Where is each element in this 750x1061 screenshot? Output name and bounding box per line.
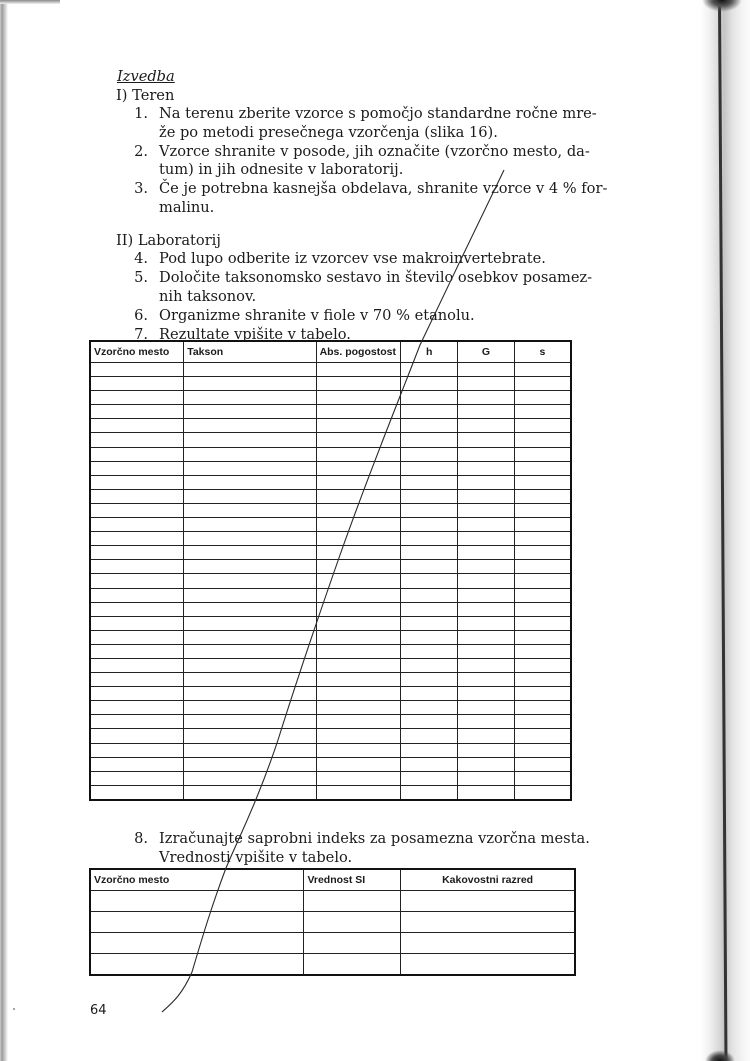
empty-cell[interactable] xyxy=(90,771,184,785)
table-row xyxy=(90,602,571,616)
empty-cell[interactable] xyxy=(90,644,184,658)
empty-cell[interactable] xyxy=(401,377,458,391)
scan-left-edge xyxy=(0,0,8,1061)
empty-cell[interactable] xyxy=(514,602,571,616)
table-row xyxy=(90,673,571,687)
table-header-row: Vzorčno mestoVrednost SIKakovostni razre… xyxy=(90,869,575,891)
empty-cell[interactable] xyxy=(458,715,515,729)
scan-top-edge xyxy=(0,0,60,4)
empty-cell[interactable] xyxy=(316,419,401,433)
empty-cell[interactable] xyxy=(316,447,401,461)
empty-cell[interactable] xyxy=(458,673,515,687)
binding-top-shadow xyxy=(702,0,742,12)
empty-cell[interactable] xyxy=(316,616,401,630)
table-row xyxy=(90,419,571,433)
empty-cell[interactable] xyxy=(184,644,316,658)
table-row xyxy=(90,518,571,532)
empty-cell[interactable] xyxy=(90,912,304,933)
column-header: Vzorčno mesto xyxy=(90,869,304,891)
column-header: Vzorčno mesto xyxy=(90,341,184,363)
empty-cell[interactable] xyxy=(90,363,184,377)
empty-cell[interactable] xyxy=(316,729,401,743)
empty-cell[interactable] xyxy=(90,518,184,532)
table-row xyxy=(90,588,571,602)
empty-cell[interactable] xyxy=(316,475,401,489)
empty-cell[interactable] xyxy=(401,546,458,560)
empty-cell[interactable] xyxy=(90,475,184,489)
step-text: Vzorce shranite v posode, jih označite (… xyxy=(159,143,590,180)
empty-cell[interactable] xyxy=(458,475,515,489)
table-row xyxy=(90,729,571,743)
empty-cell[interactable] xyxy=(304,891,401,912)
empty-cell[interactable] xyxy=(184,785,316,800)
empty-cell[interactable] xyxy=(90,377,184,391)
empty-cell[interactable] xyxy=(184,560,316,574)
empty-cell[interactable] xyxy=(401,933,575,954)
empty-cell[interactable] xyxy=(458,757,515,771)
table-row xyxy=(90,687,571,701)
empty-cell[interactable] xyxy=(184,588,316,602)
empty-cell[interactable] xyxy=(514,489,571,503)
empty-cell[interactable] xyxy=(316,560,401,574)
empty-cell[interactable] xyxy=(316,771,401,785)
table-row xyxy=(90,933,575,954)
empty-cell[interactable] xyxy=(514,475,571,489)
step-text: Organizme shranite v fiole v 70 % etanol… xyxy=(159,307,475,326)
empty-cell[interactable] xyxy=(514,518,571,532)
step-text: Če je potrebna kasnejša obdelava, shrani… xyxy=(159,180,607,217)
empty-cell[interactable] xyxy=(401,518,458,532)
table-row xyxy=(90,616,571,630)
empty-cell[interactable] xyxy=(90,489,184,503)
empty-cell[interactable] xyxy=(458,630,515,644)
empty-cell[interactable] xyxy=(401,532,458,546)
empty-cell[interactable] xyxy=(458,743,515,757)
empty-cell[interactable] xyxy=(316,433,401,447)
empty-cell[interactable] xyxy=(90,729,184,743)
empty-cell[interactable] xyxy=(90,602,184,616)
table-row xyxy=(90,391,571,405)
empty-cell[interactable] xyxy=(514,616,571,630)
step-number: 3. xyxy=(128,180,148,199)
step-number: 8. xyxy=(128,830,148,849)
empty-cell[interactable] xyxy=(458,433,515,447)
table-row xyxy=(90,503,571,517)
empty-cell[interactable] xyxy=(184,715,316,729)
empty-cell[interactable] xyxy=(458,574,515,588)
step-number: 4. xyxy=(128,250,148,269)
empty-cell[interactable] xyxy=(401,447,458,461)
empty-cell[interactable] xyxy=(401,954,575,976)
empty-cell[interactable] xyxy=(316,743,401,757)
empty-cell[interactable] xyxy=(514,743,571,757)
empty-cell[interactable] xyxy=(90,419,184,433)
empty-cell[interactable] xyxy=(458,616,515,630)
table-row xyxy=(90,891,575,912)
empty-cell[interactable] xyxy=(514,377,571,391)
lab-section-title: II) Laboratorij xyxy=(116,232,221,249)
empty-cell[interactable] xyxy=(90,785,184,800)
step-item: 6.Organizme shranite v fiole v 70 % etan… xyxy=(128,307,475,326)
empty-cell[interactable] xyxy=(401,461,458,475)
empty-cell[interactable] xyxy=(184,687,316,701)
empty-cell[interactable] xyxy=(401,673,458,687)
step-8: 8.Izračunajte saprobni indeks za posamez… xyxy=(128,830,590,867)
empty-cell[interactable] xyxy=(514,560,571,574)
table-row xyxy=(90,701,571,715)
empty-cell[interactable] xyxy=(458,729,515,743)
column-header: Vrednost SI xyxy=(304,869,401,891)
empty-cell[interactable] xyxy=(458,461,515,475)
empty-cell[interactable] xyxy=(184,391,316,405)
empty-cell[interactable] xyxy=(401,891,575,912)
step-item: 5.Določite taksonomsko sestavo in števil… xyxy=(128,269,592,306)
table-row xyxy=(90,447,571,461)
empty-cell[interactable] xyxy=(90,532,184,546)
empty-cell[interactable] xyxy=(90,891,304,912)
empty-cell[interactable] xyxy=(316,405,401,419)
table-row xyxy=(90,546,571,560)
empty-cell[interactable] xyxy=(514,701,571,715)
empty-cell[interactable] xyxy=(184,673,316,687)
column-header: h xyxy=(401,341,458,363)
empty-cell[interactable] xyxy=(401,630,458,644)
empty-cell[interactable] xyxy=(514,532,571,546)
empty-cell[interactable] xyxy=(90,673,184,687)
empty-cell[interactable] xyxy=(304,912,401,933)
empty-cell[interactable] xyxy=(316,658,401,672)
empty-cell[interactable] xyxy=(401,644,458,658)
empty-cell[interactable] xyxy=(401,701,458,715)
empty-cell[interactable] xyxy=(401,391,458,405)
empty-cell[interactable] xyxy=(514,785,571,800)
empty-cell[interactable] xyxy=(184,377,316,391)
table-row xyxy=(90,475,571,489)
empty-cell[interactable] xyxy=(316,588,401,602)
empty-cell[interactable] xyxy=(401,419,458,433)
empty-cell[interactable] xyxy=(458,363,515,377)
step-item: 2.Vzorce shranite v posode, jih označite… xyxy=(128,143,590,180)
empty-cell[interactable] xyxy=(316,489,401,503)
empty-cell[interactable] xyxy=(316,461,401,475)
empty-cell[interactable] xyxy=(401,602,458,616)
empty-cell[interactable] xyxy=(184,363,316,377)
empty-cell[interactable] xyxy=(401,489,458,503)
empty-cell[interactable] xyxy=(458,447,515,461)
empty-cell[interactable] xyxy=(458,503,515,517)
empty-cell[interactable] xyxy=(401,785,458,800)
empty-cell[interactable] xyxy=(514,433,571,447)
empty-cell[interactable] xyxy=(514,391,571,405)
empty-cell[interactable] xyxy=(316,673,401,687)
empty-cell[interactable] xyxy=(401,363,458,377)
empty-cell[interactable] xyxy=(458,391,515,405)
empty-cell[interactable] xyxy=(514,405,571,419)
empty-cell[interactable] xyxy=(401,616,458,630)
empty-cell[interactable] xyxy=(458,518,515,532)
empty-cell[interactable] xyxy=(90,954,304,976)
empty-cell[interactable] xyxy=(458,489,515,503)
field-section-title: I) Teren xyxy=(116,87,174,104)
empty-cell[interactable] xyxy=(458,588,515,602)
table-row xyxy=(90,912,575,933)
empty-cell[interactable] xyxy=(458,546,515,560)
column-header: Abs. pogostost xyxy=(316,341,401,363)
empty-cell[interactable] xyxy=(90,391,184,405)
step-text: Določite taksonomsko sestavo in število … xyxy=(159,269,592,306)
empty-cell[interactable] xyxy=(401,433,458,447)
empty-cell[interactable] xyxy=(401,658,458,672)
empty-cell[interactable] xyxy=(316,546,401,560)
empty-cell[interactable] xyxy=(90,447,184,461)
table-row xyxy=(90,560,571,574)
empty-cell[interactable] xyxy=(184,729,316,743)
empty-cell[interactable] xyxy=(184,771,316,785)
empty-cell[interactable] xyxy=(401,771,458,785)
empty-cell[interactable] xyxy=(184,489,316,503)
empty-cell[interactable] xyxy=(184,447,316,461)
empty-cell[interactable] xyxy=(316,602,401,616)
empty-cell[interactable] xyxy=(401,757,458,771)
empty-cell[interactable] xyxy=(458,785,515,800)
empty-cell[interactable] xyxy=(184,503,316,517)
table-row xyxy=(90,461,571,475)
empty-cell[interactable] xyxy=(316,715,401,729)
empty-cell[interactable] xyxy=(514,687,571,701)
empty-cell[interactable] xyxy=(514,461,571,475)
empty-cell[interactable] xyxy=(184,701,316,715)
empty-cell[interactable] xyxy=(401,687,458,701)
empty-cell[interactable] xyxy=(90,574,184,588)
step-text: Pod lupo odberite iz vzorcev vse makroin… xyxy=(159,250,546,269)
empty-cell[interactable] xyxy=(514,644,571,658)
empty-cell[interactable] xyxy=(184,461,316,475)
empty-cell[interactable] xyxy=(514,630,571,644)
empty-cell[interactable] xyxy=(316,757,401,771)
empty-cell[interactable] xyxy=(458,560,515,574)
empty-cell[interactable] xyxy=(316,644,401,658)
empty-cell[interactable] xyxy=(316,503,401,517)
empty-cell[interactable] xyxy=(184,602,316,616)
empty-cell[interactable] xyxy=(90,757,184,771)
binding-bottom-shadow xyxy=(705,1050,735,1061)
empty-cell[interactable] xyxy=(90,405,184,419)
empty-cell[interactable] xyxy=(514,363,571,377)
empty-cell[interactable] xyxy=(90,560,184,574)
table-row xyxy=(90,743,571,757)
empty-cell[interactable] xyxy=(514,658,571,672)
table-row xyxy=(90,489,571,503)
empty-cell[interactable] xyxy=(514,419,571,433)
table-row xyxy=(90,771,571,785)
empty-cell[interactable] xyxy=(458,405,515,419)
empty-cell[interactable] xyxy=(514,546,571,560)
empty-cell[interactable] xyxy=(316,701,401,715)
empty-cell[interactable] xyxy=(316,630,401,644)
empty-cell[interactable] xyxy=(458,419,515,433)
empty-cell[interactable] xyxy=(458,377,515,391)
empty-cell[interactable] xyxy=(90,743,184,757)
empty-cell[interactable] xyxy=(316,687,401,701)
table-header-row: Vzorčno mestoTaksonAbs. pogostosthGs xyxy=(90,341,571,363)
empty-cell[interactable] xyxy=(184,518,316,532)
table-row xyxy=(90,757,571,771)
empty-cell[interactable] xyxy=(184,433,316,447)
column-header: s xyxy=(514,341,571,363)
empty-cell[interactable] xyxy=(184,546,316,560)
step-item: 4.Pod lupo odberite iz vzorcev vse makro… xyxy=(128,250,546,269)
empty-cell[interactable] xyxy=(316,532,401,546)
empty-cell[interactable] xyxy=(90,658,184,672)
step-text: Na terenu zberite vzorce s pomočjo stand… xyxy=(159,105,597,142)
empty-cell[interactable] xyxy=(90,503,184,517)
empty-cell[interactable] xyxy=(90,433,184,447)
empty-cell[interactable] xyxy=(316,391,401,405)
empty-cell[interactable] xyxy=(401,405,458,419)
empty-cell[interactable] xyxy=(90,588,184,602)
empty-cell[interactable] xyxy=(184,616,316,630)
empty-cell[interactable] xyxy=(184,630,316,644)
empty-cell[interactable] xyxy=(458,658,515,672)
step-number: 6. xyxy=(128,307,148,326)
empty-cell[interactable] xyxy=(316,785,401,800)
empty-cell[interactable] xyxy=(401,503,458,517)
empty-cell[interactable] xyxy=(458,701,515,715)
table-row xyxy=(90,658,571,672)
page-number: 64 xyxy=(90,1003,107,1018)
empty-cell[interactable] xyxy=(401,715,458,729)
empty-cell[interactable] xyxy=(401,560,458,574)
table-row xyxy=(90,785,571,800)
empty-cell[interactable] xyxy=(458,602,515,616)
table-row xyxy=(90,954,575,976)
empty-cell[interactable] xyxy=(316,363,401,377)
empty-cell[interactable] xyxy=(90,701,184,715)
table-row xyxy=(90,363,571,377)
scan-speck xyxy=(13,1008,15,1010)
empty-cell[interactable] xyxy=(304,954,401,976)
empty-cell[interactable] xyxy=(458,532,515,546)
step-item: 3.Če je potrebna kasnejša obdelava, shra… xyxy=(128,180,607,217)
empty-cell[interactable] xyxy=(514,729,571,743)
empty-cell[interactable] xyxy=(514,588,571,602)
column-header: G xyxy=(458,341,515,363)
empty-cell[interactable] xyxy=(316,574,401,588)
empty-cell[interactable] xyxy=(184,419,316,433)
empty-cell[interactable] xyxy=(401,574,458,588)
empty-cell[interactable] xyxy=(90,630,184,644)
empty-cell[interactable] xyxy=(514,771,571,785)
empty-cell[interactable] xyxy=(514,673,571,687)
empty-cell[interactable] xyxy=(401,475,458,489)
table-row xyxy=(90,433,571,447)
empty-cell[interactable] xyxy=(458,771,515,785)
empty-cell[interactable] xyxy=(401,729,458,743)
table-row xyxy=(90,715,571,729)
empty-cell[interactable] xyxy=(316,377,401,391)
step-item: 1.Na terenu zberite vzorce s pomočjo sta… xyxy=(128,105,597,142)
empty-cell[interactable] xyxy=(90,546,184,560)
table-row xyxy=(90,574,571,588)
empty-cell[interactable] xyxy=(184,405,316,419)
step-number: 1. xyxy=(128,105,148,124)
step-number: 5. xyxy=(128,269,148,288)
column-header: Kakovostni razred xyxy=(401,869,575,891)
empty-cell[interactable] xyxy=(184,658,316,672)
table-row xyxy=(90,405,571,419)
section-heading: Izvedba xyxy=(117,68,175,85)
empty-cell[interactable] xyxy=(458,644,515,658)
empty-cell[interactable] xyxy=(90,461,184,475)
empty-cell[interactable] xyxy=(90,715,184,729)
empty-cell[interactable] xyxy=(184,475,316,489)
table-row xyxy=(90,630,571,644)
empty-cell[interactable] xyxy=(401,912,575,933)
empty-cell[interactable] xyxy=(90,616,184,630)
empty-cell[interactable] xyxy=(304,933,401,954)
empty-cell[interactable] xyxy=(90,933,304,954)
empty-cell[interactable] xyxy=(458,687,515,701)
empty-cell[interactable] xyxy=(90,687,184,701)
column-header: Takson xyxy=(184,341,316,363)
table-row xyxy=(90,532,571,546)
empty-cell[interactable] xyxy=(514,447,571,461)
step-text: Izračunajte saprobni indeks za posamezna… xyxy=(159,830,590,867)
empty-cell[interactable] xyxy=(184,574,316,588)
empty-cell[interactable] xyxy=(184,532,316,546)
taxa-results-table: Vzorčno mestoTaksonAbs. pogostosthGs xyxy=(89,340,572,801)
table-row xyxy=(90,377,571,391)
step-number: 2. xyxy=(128,143,148,162)
empty-cell[interactable] xyxy=(514,574,571,588)
empty-cell[interactable] xyxy=(401,743,458,757)
empty-cell[interactable] xyxy=(184,743,316,757)
empty-cell[interactable] xyxy=(401,588,458,602)
empty-cell[interactable] xyxy=(514,757,571,771)
empty-cell[interactable] xyxy=(316,518,401,532)
empty-cell[interactable] xyxy=(184,757,316,771)
saprobic-index-table: Vzorčno mestoVrednost SIKakovostni razre… xyxy=(89,868,576,976)
empty-cell[interactable] xyxy=(514,503,571,517)
table-row xyxy=(90,644,571,658)
empty-cell[interactable] xyxy=(514,715,571,729)
